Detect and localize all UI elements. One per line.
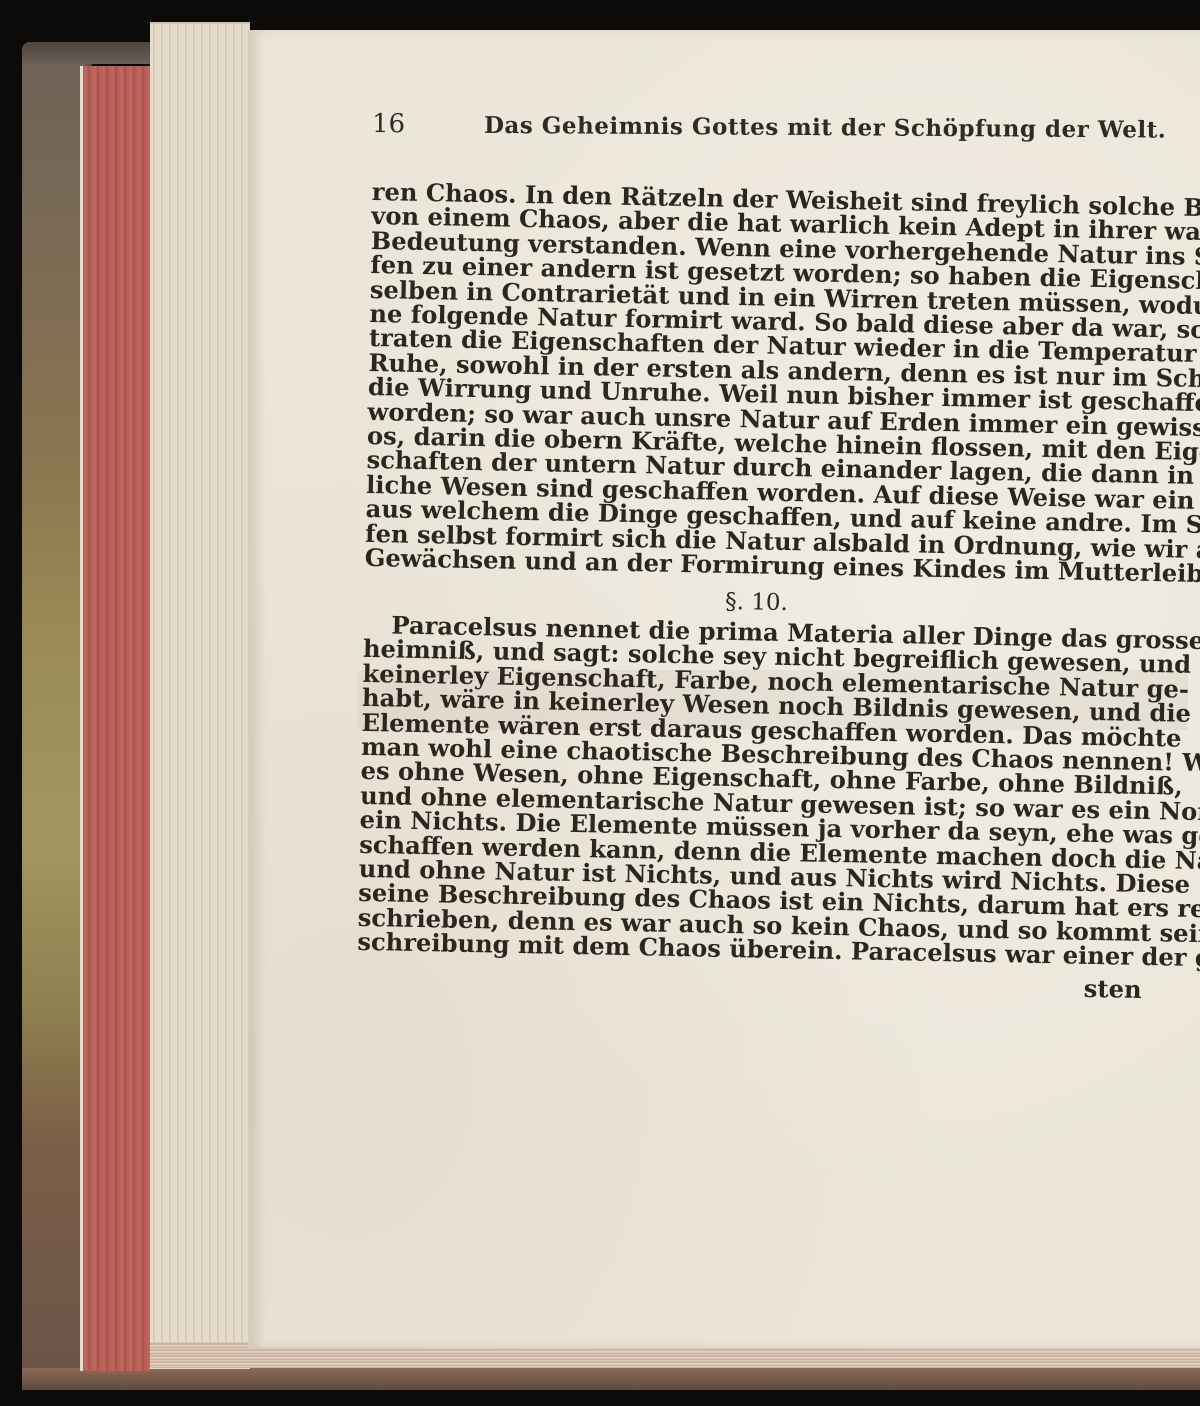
page-header: 16 Das Geheimnis Gottes mit der Schöpfun… (372, 109, 1200, 145)
paragraph-2: Paracelsus nennet die prima Materia alle… (357, 613, 1148, 970)
body-text: ren Chaos. In den Rätzeln der Weisheit s… (357, 180, 1157, 1002)
paragraph-1: ren Chaos. In den Rätzeln der Weisheit s… (365, 180, 1157, 585)
red-page-edges (80, 66, 153, 1371)
running-title: Das Geheimnis Gottes mit der Schöpfung d… (484, 112, 1166, 144)
book-cover-bottom-edge (22, 1368, 1200, 1390)
book-page: 16 Das Geheimnis Gottes mit der Schöpfun… (248, 30, 1200, 1348)
page-number: 16 (372, 109, 484, 140)
page-stack (150, 22, 250, 1369)
